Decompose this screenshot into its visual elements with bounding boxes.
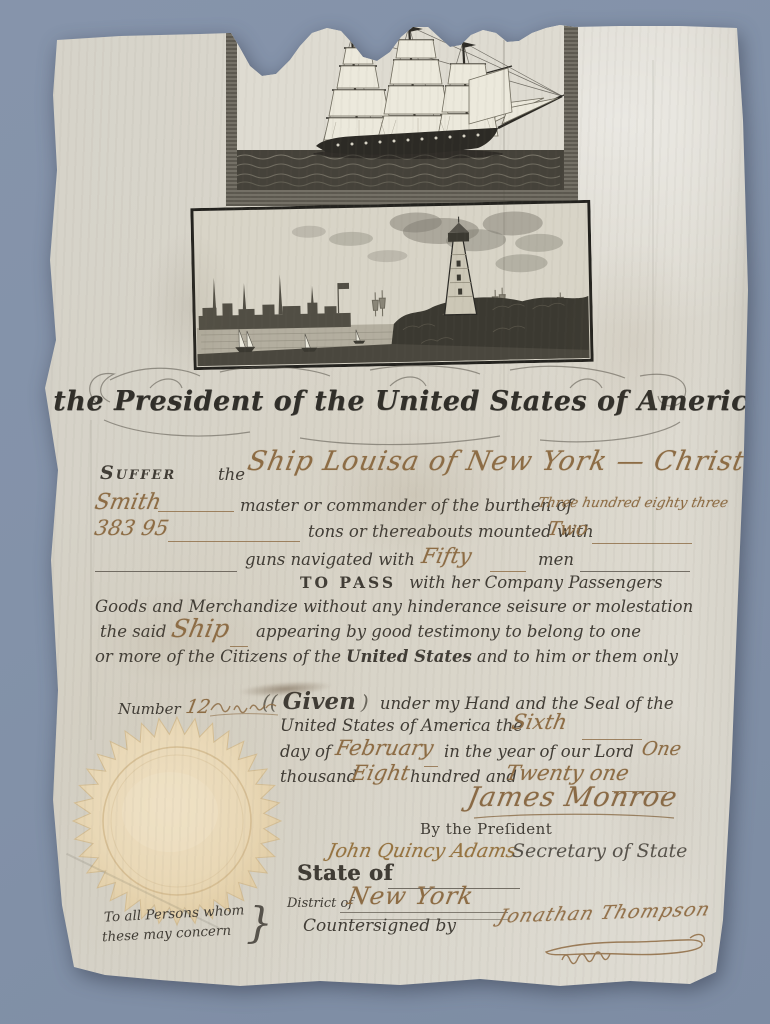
- vessel-name-handwritten: Ship Louisa of New York — Christopher: [245, 446, 770, 477]
- given-line2: United States of America the: [280, 716, 523, 735]
- president-signature: James Monroe: [465, 782, 680, 813]
- secretary-title: Secretary of State: [512, 840, 687, 862]
- master-name-handwritten: Smith: [93, 490, 164, 515]
- citizens-line-c: and to him or them only: [477, 647, 678, 666]
- blank-line: [580, 557, 690, 572]
- suffer-the: the: [218, 465, 245, 484]
- photo-backdrop: By the President of the United States of…: [0, 0, 770, 1024]
- document-wrapper: By the President of the United States of…: [0, 0, 770, 1024]
- given-word: Given: [283, 688, 356, 715]
- day-handwritten: Sixth: [510, 710, 570, 734]
- guns-text: guns navigated with: [245, 550, 415, 569]
- burthen-handwritten: Three hundred eighty three: [536, 495, 729, 511]
- ship-engraving: [226, 20, 578, 206]
- suffer-label: Suffer: [100, 462, 176, 484]
- citizens-line-a: or more of the Citizens of the: [95, 647, 341, 666]
- blank-line: [168, 527, 300, 542]
- blank-line: [490, 557, 526, 572]
- countersign-flourish-signature: [540, 930, 710, 974]
- given-ornament-close: ): [361, 690, 369, 714]
- blank-line: [95, 557, 237, 572]
- guns-count-handwritten: Two: [546, 518, 590, 540]
- by-the-president-label: By the Preſident: [420, 820, 552, 838]
- said-vessel-handwritten: Ship: [169, 614, 232, 643]
- men-text: men: [538, 550, 574, 569]
- to-all-brace: }: [246, 898, 273, 947]
- given-line4-a: thousand: [280, 767, 357, 786]
- appearing-line: appearing by good testimony to belong to…: [256, 622, 641, 641]
- master-text: master or commander of the burthen of: [240, 496, 573, 515]
- blank-line: [158, 497, 234, 512]
- citizens-line-b: United States: [346, 647, 472, 666]
- harbor-engraving-svg: [190, 200, 593, 370]
- year-one-handwritten: One: [640, 738, 683, 760]
- blank-line: [424, 752, 438, 767]
- countersign-signature: Jonathan Thompson: [496, 898, 714, 927]
- district-handwritten: New York: [345, 882, 476, 910]
- ship-passport-document: By the President of the United States of…: [0, 0, 770, 1024]
- tonnage-handwritten: 383 95: [93, 516, 171, 540]
- men-count-handwritten: Fifty: [420, 544, 474, 568]
- document-title: By the President of the United States of…: [0, 386, 770, 417]
- fold-crease: [90, 420, 92, 740]
- secretary-signature: John Quincy Adams: [326, 840, 518, 862]
- countersigned-by-label: Countersigned by: [303, 916, 456, 936]
- year-eight-handwritten: Eight: [350, 761, 412, 785]
- to-pass-label: TO PASS: [300, 573, 396, 592]
- to-pass-rest: with her Company Passengers: [409, 573, 662, 592]
- blank-line: [592, 529, 692, 544]
- blank-line: [582, 725, 642, 740]
- blank-line: [230, 632, 248, 647]
- ship-engraving-svg: [226, 20, 578, 206]
- said-text: the said: [100, 622, 166, 641]
- month-handwritten: February: [334, 736, 436, 760]
- given-line3-post: in the year of our Lord: [444, 742, 634, 761]
- district-of-label: District of: [287, 896, 353, 911]
- harbor-lighthouse-engraving: [190, 200, 593, 370]
